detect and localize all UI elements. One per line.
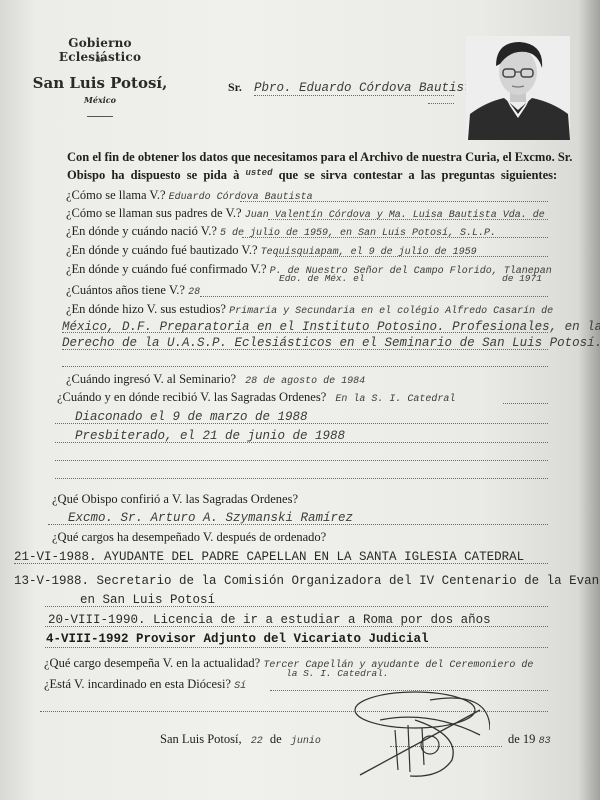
dotted-line xyxy=(45,647,548,648)
position-item: 21-VI-1988. AYUDANTE DEL PADRE CAPELLAN … xyxy=(14,550,524,564)
closing-de-19: de 19 xyxy=(508,732,535,746)
dotted-line xyxy=(503,403,548,404)
intro-line-1: Con el fin de obtener los datos que nece… xyxy=(67,150,572,165)
closing-line: San Luis Potosí, 22 de junio xyxy=(160,732,321,747)
question-label: ¿En dónde y cuándo fué confirmado V.? xyxy=(66,262,267,276)
position-item: 20-VIII-1990. Licencia de ir a estudiar … xyxy=(48,613,491,627)
answer-seminary: 28 de agosto de 1984 xyxy=(245,376,365,387)
answer-studies: Primaria y Secundaria en el colégio Alfr… xyxy=(229,306,553,317)
question-label: ¿Cuándo ingresó V. al Seminario? xyxy=(66,372,236,386)
answer-orders-presbyterate: Presbiterado, el 21 de junio de 1988 xyxy=(75,429,345,443)
closing-place: San Luis Potosí, xyxy=(160,732,242,746)
intro-fill-usted: usted xyxy=(245,168,272,178)
addressee-value: Pbro. Eduardo Córdova Bautista xyxy=(254,81,479,95)
intro-line-2a: Obispo ha dispuesto se pida à xyxy=(67,168,239,182)
question-bishop: ¿Qué Obispo confirió a V. las Sagradas O… xyxy=(52,492,298,507)
dotted-line xyxy=(62,366,548,367)
question-label: ¿Cómo se llaman sus padres de V.? xyxy=(66,206,242,220)
closing-day: 22 xyxy=(251,736,263,747)
letterhead-rule xyxy=(87,116,113,117)
dotted-line xyxy=(45,606,548,607)
addressee-label: Sr. xyxy=(228,80,242,95)
letterhead-de: de xyxy=(30,56,170,64)
dotted-line xyxy=(268,219,548,220)
position-item: en San Luis Potosí xyxy=(80,593,215,607)
answer-confirmation-2: Edo. de Méx. el xyxy=(279,273,365,284)
dotted-line xyxy=(55,442,548,443)
dotted-line xyxy=(45,626,548,627)
portrait-photo-icon xyxy=(466,36,570,140)
dotted-line xyxy=(200,296,548,297)
answer-age: 28 xyxy=(188,287,200,298)
answer-current-2: la S. I. Catedral. xyxy=(286,668,389,679)
closing-month: junio xyxy=(291,736,321,747)
question-label: ¿En dónde y cuándo fué bautizado V.? xyxy=(66,243,258,257)
answer-orders: En la S. I. Catedral xyxy=(335,394,455,405)
dotted-line xyxy=(48,524,548,525)
letterhead-country: México xyxy=(30,95,170,105)
signature-icon xyxy=(340,690,490,780)
question-positions: ¿Qué cargos ha desempeñado V. después de… xyxy=(52,530,326,545)
dotted-line xyxy=(62,349,548,350)
question-orders: ¿Cuándo y en dónde recibió V. las Sagrad… xyxy=(57,390,455,405)
answer-orders-diaconate: Diaconado el 9 de marzo de 1988 xyxy=(75,410,308,424)
dotted-line xyxy=(55,423,548,424)
questionnaire-page: Gobierno Eclesiástico de San Luis Potosí… xyxy=(0,0,600,800)
portrait-photo xyxy=(466,36,570,140)
question-studies: ¿En dónde hizo V. sus estudios? Primaria… xyxy=(66,302,553,317)
answer-confirmation-3: de 1971 xyxy=(502,273,542,284)
question-label: ¿Cómo se llama V.? xyxy=(66,188,166,202)
question-seminary: ¿Cuándo ingresó V. al Seminario? 28 de a… xyxy=(66,372,365,387)
dotted-line xyxy=(55,478,548,479)
dotted-line xyxy=(14,563,548,564)
question-label: ¿En dónde y cuándo nació V.? xyxy=(66,224,217,238)
position-item-current: 4-VIII-1992 Provisor Adjunto del Vicaria… xyxy=(46,632,429,646)
answer-bishop: Excmo. Sr. Arturo A. Szymanski Ramírez xyxy=(68,511,353,525)
question-label: ¿Qué cargo desempeña V. en la actualidad… xyxy=(44,656,260,670)
dotted-line xyxy=(240,201,548,202)
position-item: 13-V-1988. Secretario de la Comisión Org… xyxy=(14,574,600,588)
letterhead-city: San Luis Potosí, xyxy=(30,74,170,92)
dotted-line xyxy=(275,256,548,257)
question-age: ¿Cuántos años tiene V.? 28 xyxy=(66,283,200,298)
question-label: ¿Cuándo y en dónde recibió V. las Sagrad… xyxy=(57,390,326,404)
closing-year: 83 xyxy=(539,736,551,747)
closing-year-line: de 19 83 xyxy=(508,732,551,747)
addressee-dotted-line xyxy=(254,95,454,96)
question-label: ¿En dónde hizo V. sus estudios? xyxy=(66,302,226,316)
answer-studies-cont-2: Derecho de la U.A.S.P. Eclesiásticos en … xyxy=(62,336,600,350)
question-label: ¿Está V. incardinado en esta Diócesi? xyxy=(44,677,231,691)
dotted-line xyxy=(62,332,548,333)
intro-line-2b: que se sirva contestar a las preguntas s… xyxy=(279,168,558,182)
page-edge-shadow xyxy=(578,0,600,800)
answer-incardinated: Sí xyxy=(234,681,246,692)
question-label: ¿Cuántos años tiene V.? xyxy=(66,283,185,297)
question-incardinated: ¿Está V. incardinado en esta Diócesi? Sí xyxy=(44,677,246,692)
dotted-line xyxy=(242,237,548,238)
addressee-dotted-line-2 xyxy=(428,103,454,104)
closing-de: de xyxy=(270,732,282,746)
dotted-line xyxy=(55,460,548,461)
